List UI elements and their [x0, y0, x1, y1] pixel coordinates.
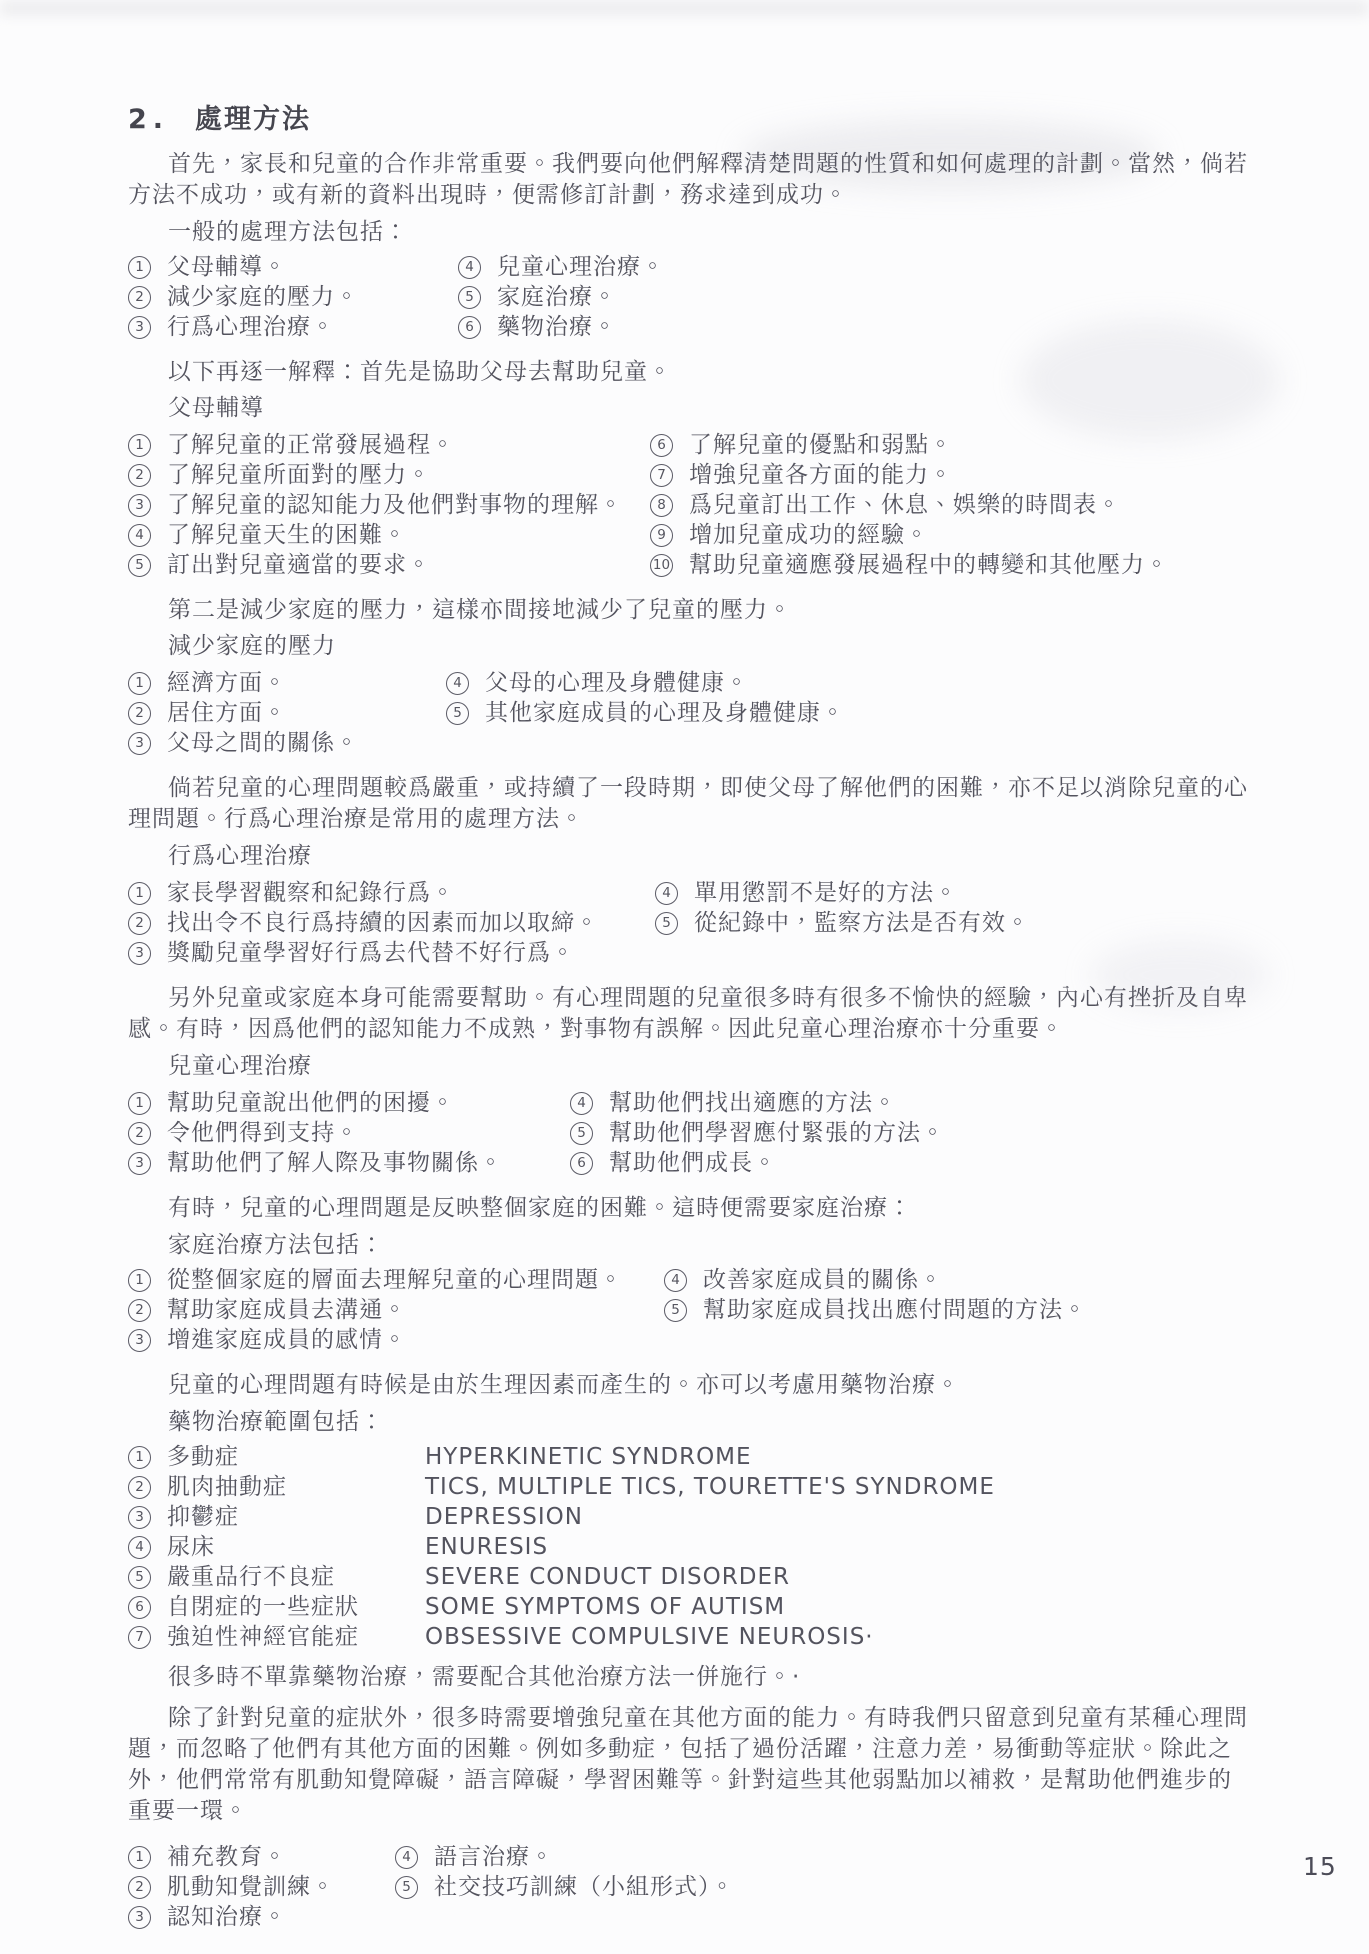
- item-number: 5: [395, 1876, 418, 1899]
- item-text: 了解兒童的優點和弱點。: [689, 431, 953, 460]
- paragraph-intro: 首先，家長和兒童的合作非常重要。我們要向他們解釋清楚問題的性質和如何處理的計劃。…: [128, 149, 1248, 211]
- item-text: 找出令不良行爲持續的因素而加以取締。: [167, 909, 599, 938]
- item-text: 了解兒童所面對的壓力。: [167, 461, 431, 490]
- list-item: 3獎勵兒童學習好行爲去代替不好行爲。: [128, 939, 1248, 968]
- item-number: 1: [128, 882, 151, 905]
- paragraph-strengthen: 除了針對兒童的症狀外，很多時需要增強兒童在其他方面的能力。有時我們只留意到兒童有…: [128, 1703, 1248, 1827]
- drug-row: 6自閉症的一些症狀SOME SYMPTOMS OF AUTISM: [128, 1593, 1248, 1622]
- item-number: 1: [128, 1092, 151, 1115]
- lead-explain: 以下再逐一解釋：首先是協助父母去幫助兒童。: [168, 357, 1248, 388]
- item-text: 家庭治療。: [497, 283, 617, 312]
- list-column-right: 4單用懲罰不是好的方法。 5從紀錄中，監察方法是否有效。: [655, 879, 1030, 939]
- item-text: 增強兒童各方面的能力。: [689, 461, 953, 490]
- item-number: 5: [664, 1299, 687, 1322]
- subheading-family-stress: 減少家庭的壓力: [168, 631, 1248, 662]
- section-heading: 2.處理方法: [128, 104, 1248, 135]
- item-number: 4: [128, 1536, 151, 1559]
- item-number: 4: [570, 1092, 593, 1115]
- list-item: 5幫助家庭成員找出應付問題的方法。: [664, 1296, 1087, 1325]
- item-text: 從整個家庭的層面去理解兒童的心理問題。: [167, 1266, 623, 1295]
- drug-name-zh: 多動症: [167, 1443, 425, 1472]
- list-item: 1父母輔導。: [128, 253, 1248, 282]
- item-number: 6: [650, 434, 673, 457]
- drug-row: 4尿床ENURESIS: [128, 1533, 1248, 1562]
- item-number: 2: [128, 464, 151, 487]
- list-item: 5社交技巧訓練（小組形式）。: [395, 1873, 735, 1902]
- drug-row: 2肌肉抽動症TICS, MULTIPLE TICS, TOURETTE'S SY…: [128, 1473, 1248, 1502]
- item-text: 幫助兒童說出他們的困擾。: [167, 1089, 455, 1118]
- item-text: 幫助他們了解人際及事物關係。: [167, 1149, 503, 1178]
- list-remedial: 1補充教育。 2肌動知覺訓練。 3認知治療。 4語言治療。 5社交技巧訓練（小組…: [128, 1843, 1248, 1932]
- item-text: 了解兒童的認知能力及他們對事物的理解。: [167, 491, 623, 520]
- item-number: 2: [128, 912, 151, 935]
- list-drug-therapy: 1多動症HYPERKINETIC SYNDROME 2肌肉抽動症TICS, MU…: [128, 1443, 1248, 1652]
- page-number: 15: [1303, 1852, 1337, 1881]
- list-family-stress: 1經濟方面。 2居住方面。 3父母之間的關係。 4父母的心理及身體健康。 5其他…: [128, 669, 1248, 758]
- item-number: 1: [128, 1269, 151, 1292]
- lead-general-methods: 一般的處理方法包括：: [168, 217, 1248, 248]
- list-column-right: 6了解兒童的優點和弱點。 7增強兒童各方面的能力。 8爲兒童訂出工作、休息、娛樂…: [650, 431, 1169, 581]
- list-item: 9增加兒童成功的經驗。: [650, 521, 1169, 550]
- list-behaviour-therapy: 1家長學習觀察和紀錄行爲。 2找出令不良行爲持續的因素而加以取締。 3獎勵兒童學…: [128, 879, 1248, 968]
- item-number: 3: [128, 494, 151, 517]
- section-number: 2.: [128, 104, 169, 135]
- item-number: 3: [128, 732, 151, 755]
- list-item: 8爲兒童訂出工作、休息、娛樂的時間表。: [650, 491, 1169, 520]
- item-text: 了解兒童天生的困難。: [167, 521, 407, 550]
- paragraph-drug-note: 很多時不單靠藥物治療，需要配合其他治療方法一併施行。·: [168, 1662, 1248, 1693]
- list-item: 4語言治療。: [395, 1843, 735, 1872]
- list-item: 6幫助他們成長。: [570, 1149, 945, 1178]
- list-item: 3父母之間的關係。: [128, 729, 1248, 758]
- item-text: 行爲心理治療。: [167, 313, 335, 342]
- list-family-therapy: 1從整個家庭的層面去理解兒童的心理問題。 2幫助家庭成員去溝通。 3增進家庭成員…: [128, 1266, 1248, 1355]
- item-text: 從紀錄中，監察方法是否有效。: [694, 909, 1030, 938]
- item-number: 1: [128, 1846, 151, 1869]
- paragraph-family-reflect: 有時，兒童的心理問題是反映整個家庭的困難。這時便需要家庭治療：: [128, 1193, 1248, 1224]
- item-number: 4: [458, 256, 481, 279]
- item-text: 爲兒童訂出工作、休息、娛樂的時間表。: [689, 491, 1121, 520]
- item-number: 7: [128, 1626, 151, 1649]
- item-text: 父母之間的關係。: [167, 729, 359, 758]
- list-column-right: 4父母的心理及身體健康。 5其他家庭成員的心理及身體健康。: [446, 669, 845, 729]
- subheading-behaviour-therapy: 行爲心理治療: [168, 841, 1248, 872]
- item-text: 社交技巧訓練（小組形式）。: [434, 1873, 735, 1902]
- item-number: 3: [128, 1506, 151, 1529]
- item-number: 3: [128, 942, 151, 965]
- item-number: 3: [128, 1152, 151, 1175]
- drug-name-en: SOME SYMPTOMS OF AUTISM: [425, 1593, 785, 1622]
- item-text: 單用懲罰不是好的方法。: [694, 879, 958, 908]
- list-item: 4改善家庭成員的關係。: [664, 1266, 1087, 1295]
- item-text: 訂出對兒童適當的要求。: [167, 551, 431, 580]
- item-number: 1: [128, 434, 151, 457]
- scanned-page: 2.處理方法 首先，家長和兒童的合作非常重要。我們要向他們解釋清楚問題的性質和如…: [0, 0, 1369, 1954]
- drug-name-en: SEVERE CONDUCT DISORDER: [425, 1563, 790, 1592]
- item-text: 令他們得到支持。: [167, 1119, 359, 1148]
- drug-name-zh: 尿床: [167, 1533, 425, 1562]
- item-number: 5: [446, 702, 469, 725]
- drug-name-en: ENURESIS: [425, 1533, 548, 1562]
- item-number: 5: [655, 912, 678, 935]
- item-text: 增加兒童成功的經驗。: [689, 521, 929, 550]
- lead-second: 第二是減少家庭的壓力，這樣亦間接地減少了兒童的壓力。: [168, 595, 1248, 626]
- list-column-right: 4幫助他們找出適應的方法。 5幫助他們學習應付緊張的方法。 6幫助他們成長。: [570, 1089, 945, 1179]
- item-number: 4: [446, 672, 469, 695]
- item-number: 1: [128, 1446, 151, 1469]
- item-number: 3: [128, 316, 151, 339]
- item-number: 2: [128, 702, 151, 725]
- item-text: 幫助家庭成員找出應付問題的方法。: [703, 1296, 1087, 1325]
- item-text: 其他家庭成員的心理及身體健康。: [485, 699, 845, 728]
- item-number: 8: [650, 494, 673, 517]
- drug-name-zh: 強迫性神經官能症: [167, 1623, 425, 1652]
- item-text: 改善家庭成員的關係。: [703, 1266, 943, 1295]
- item-text: 認知治療。: [167, 1903, 287, 1932]
- item-text: 居住方面。: [167, 699, 287, 728]
- list-general-methods: 1父母輔導。 2減少家庭的壓力。 3行爲心理治療。 4兒童心理治療。 5家庭治療…: [128, 253, 1248, 342]
- document-content: 2.處理方法 首先，家長和兒童的合作非常重要。我們要向他們解釋清楚問題的性質和如…: [128, 104, 1248, 1947]
- item-number: 1: [128, 256, 151, 279]
- item-number: 4: [128, 524, 151, 547]
- drug-row: 1多動症HYPERKINETIC SYNDROME: [128, 1443, 1248, 1472]
- list-item: 3行爲心理治療。: [128, 313, 1248, 342]
- item-text: 藥物治療。: [497, 313, 617, 342]
- item-number: 5: [128, 1566, 151, 1589]
- item-number: 4: [395, 1846, 418, 1869]
- drug-name-zh: 嚴重品行不良症: [167, 1563, 425, 1592]
- item-number: 6: [128, 1596, 151, 1619]
- paragraph-severe: 倘若兒童的心理問題較爲嚴重，或持續了一段時期，即使父母了解他們的困難，亦不足以消…: [128, 773, 1248, 835]
- drug-name-en: HYPERKINETIC SYNDROME: [425, 1443, 752, 1472]
- item-text: 肌動知覺訓練。: [167, 1873, 335, 1902]
- drug-name-zh: 肌肉抽動症: [167, 1473, 425, 1502]
- item-number: 2: [128, 286, 151, 309]
- subheading-parent-guidance: 父母輔導: [168, 393, 1248, 424]
- item-text: 語言治療。: [434, 1843, 554, 1872]
- item-number: 5: [128, 554, 151, 577]
- list-item: 6了解兒童的優點和弱點。: [650, 431, 1169, 460]
- item-text: 父母輔導。: [167, 253, 287, 282]
- item-text: 家長學習觀察和紀錄行爲。: [167, 879, 455, 908]
- item-text: 經濟方面。: [167, 669, 287, 698]
- drug-name-en: OBSESSIVE COMPULSIVE NEUROSIS·: [425, 1623, 874, 1652]
- list-item: 4幫助他們找出適應的方法。: [570, 1089, 945, 1118]
- list-item: 4單用懲罰不是好的方法。: [655, 879, 1030, 908]
- item-text: 兒童心理治療。: [497, 253, 665, 282]
- list-item: 5其他家庭成員的心理及身體健康。: [446, 699, 845, 728]
- item-text: 補充教育。: [167, 1843, 287, 1872]
- scan-artifact: [0, 0, 1369, 16]
- list-item: 5從紀錄中，監察方法是否有效。: [655, 909, 1030, 938]
- item-number: 9: [650, 524, 673, 547]
- drug-name-en: TICS, MULTIPLE TICS, TOURETTE'S SYNDROME: [425, 1473, 995, 1502]
- list-item: 7增強兒童各方面的能力。: [650, 461, 1169, 490]
- item-text: 獎勵兒童學習好行爲去代替不好行爲。: [167, 939, 575, 968]
- item-number: 7: [650, 464, 673, 487]
- list-item: 2減少家庭的壓力。: [128, 283, 1248, 312]
- item-number: 6: [570, 1152, 593, 1175]
- list-column-right: 4兒童心理治療。 5家庭治療。 6藥物治療。: [458, 253, 665, 343]
- item-number: 6: [458, 316, 481, 339]
- item-text: 幫助兒童適應發展過程中的轉變和其他壓力。: [689, 551, 1169, 580]
- list-item: 5家庭治療。: [458, 283, 665, 312]
- item-number: 5: [570, 1122, 593, 1145]
- item-number: 2: [128, 1876, 151, 1899]
- item-number: 3: [128, 1906, 151, 1929]
- item-number: 4: [664, 1269, 687, 1292]
- list-parent-guidance: 1了解兒童的正常發展過程。 2了解兒童所面對的壓力。 3了解兒童的認知能力及他們…: [128, 431, 1248, 580]
- item-text: 父母的心理及身體健康。: [485, 669, 749, 698]
- item-number: 1: [128, 672, 151, 695]
- subheading-child-therapy: 兒童心理治療: [168, 1051, 1248, 1082]
- drug-row: 7強迫性神經官能症OBSESSIVE COMPULSIVE NEUROSIS·: [128, 1623, 1248, 1652]
- item-number: 2: [128, 1299, 151, 1322]
- item-text: 幫助家庭成員去溝通。: [167, 1296, 407, 1325]
- item-text: 幫助他們成長。: [609, 1149, 777, 1178]
- item-number: 5: [458, 286, 481, 309]
- list-child-therapy: 1幫助兒童說出他們的困擾。 2令他們得到支持。 3幫助他們了解人際及事物關係。 …: [128, 1089, 1248, 1178]
- drug-row: 5嚴重品行不良症SEVERE CONDUCT DISORDER: [128, 1563, 1248, 1592]
- list-item: 3增進家庭成員的感情。: [128, 1326, 1248, 1355]
- list-item: 6藥物治療。: [458, 313, 665, 342]
- list-item: 3認知治療。: [128, 1903, 1248, 1932]
- lead-drug-scope: 藥物治療範圍包括：: [168, 1407, 1248, 1438]
- drug-name-zh: 自閉症的一些症狀: [167, 1593, 425, 1622]
- item-text: 了解兒童的正常發展過程。: [167, 431, 455, 460]
- item-text: 幫助他們找出適應的方法。: [609, 1089, 897, 1118]
- drug-row: 3抑鬱症DEPRESSION: [128, 1503, 1248, 1532]
- list-item: 4兒童心理治療。: [458, 253, 665, 282]
- lead-family-therapy: 家庭治療方法包括：: [168, 1230, 1248, 1261]
- list-column-left: 1父母輔導。 2減少家庭的壓力。 3行爲心理治療。: [128, 253, 1248, 342]
- item-number: 4: [655, 882, 678, 905]
- item-number: 2: [128, 1122, 151, 1145]
- list-column-right: 4改善家庭成員的關係。 5幫助家庭成員找出應付問題的方法。: [664, 1266, 1087, 1326]
- paragraph-child-need: 另外兒童或家庭本身可能需要幫助。有心理問題的兒童很多時有很多不愉快的經驗，內心有…: [128, 983, 1248, 1045]
- drug-name-en: DEPRESSION: [425, 1503, 583, 1532]
- item-number: 10: [650, 554, 673, 577]
- item-number: 2: [128, 1476, 151, 1499]
- list-item: 10幫助兒童適應發展過程中的轉變和其他壓力。: [650, 551, 1169, 580]
- item-number: 3: [128, 1329, 151, 1352]
- list-column-right: 4語言治療。 5社交技巧訓練（小組形式）。: [395, 1843, 735, 1903]
- item-text: 幫助他們學習應付緊張的方法。: [609, 1119, 945, 1148]
- list-item: 5幫助他們學習應付緊張的方法。: [570, 1119, 945, 1148]
- list-item: 4父母的心理及身體健康。: [446, 669, 845, 698]
- item-text: 減少家庭的壓力。: [167, 283, 359, 312]
- paragraph-drug: 兒童的心理問題有時候是由於生理因素而產生的。亦可以考慮用藥物治療。: [128, 1370, 1248, 1401]
- section-title: 處理方法: [195, 104, 311, 135]
- drug-name-zh: 抑鬱症: [167, 1503, 425, 1532]
- item-text: 增進家庭成員的感情。: [167, 1326, 407, 1355]
